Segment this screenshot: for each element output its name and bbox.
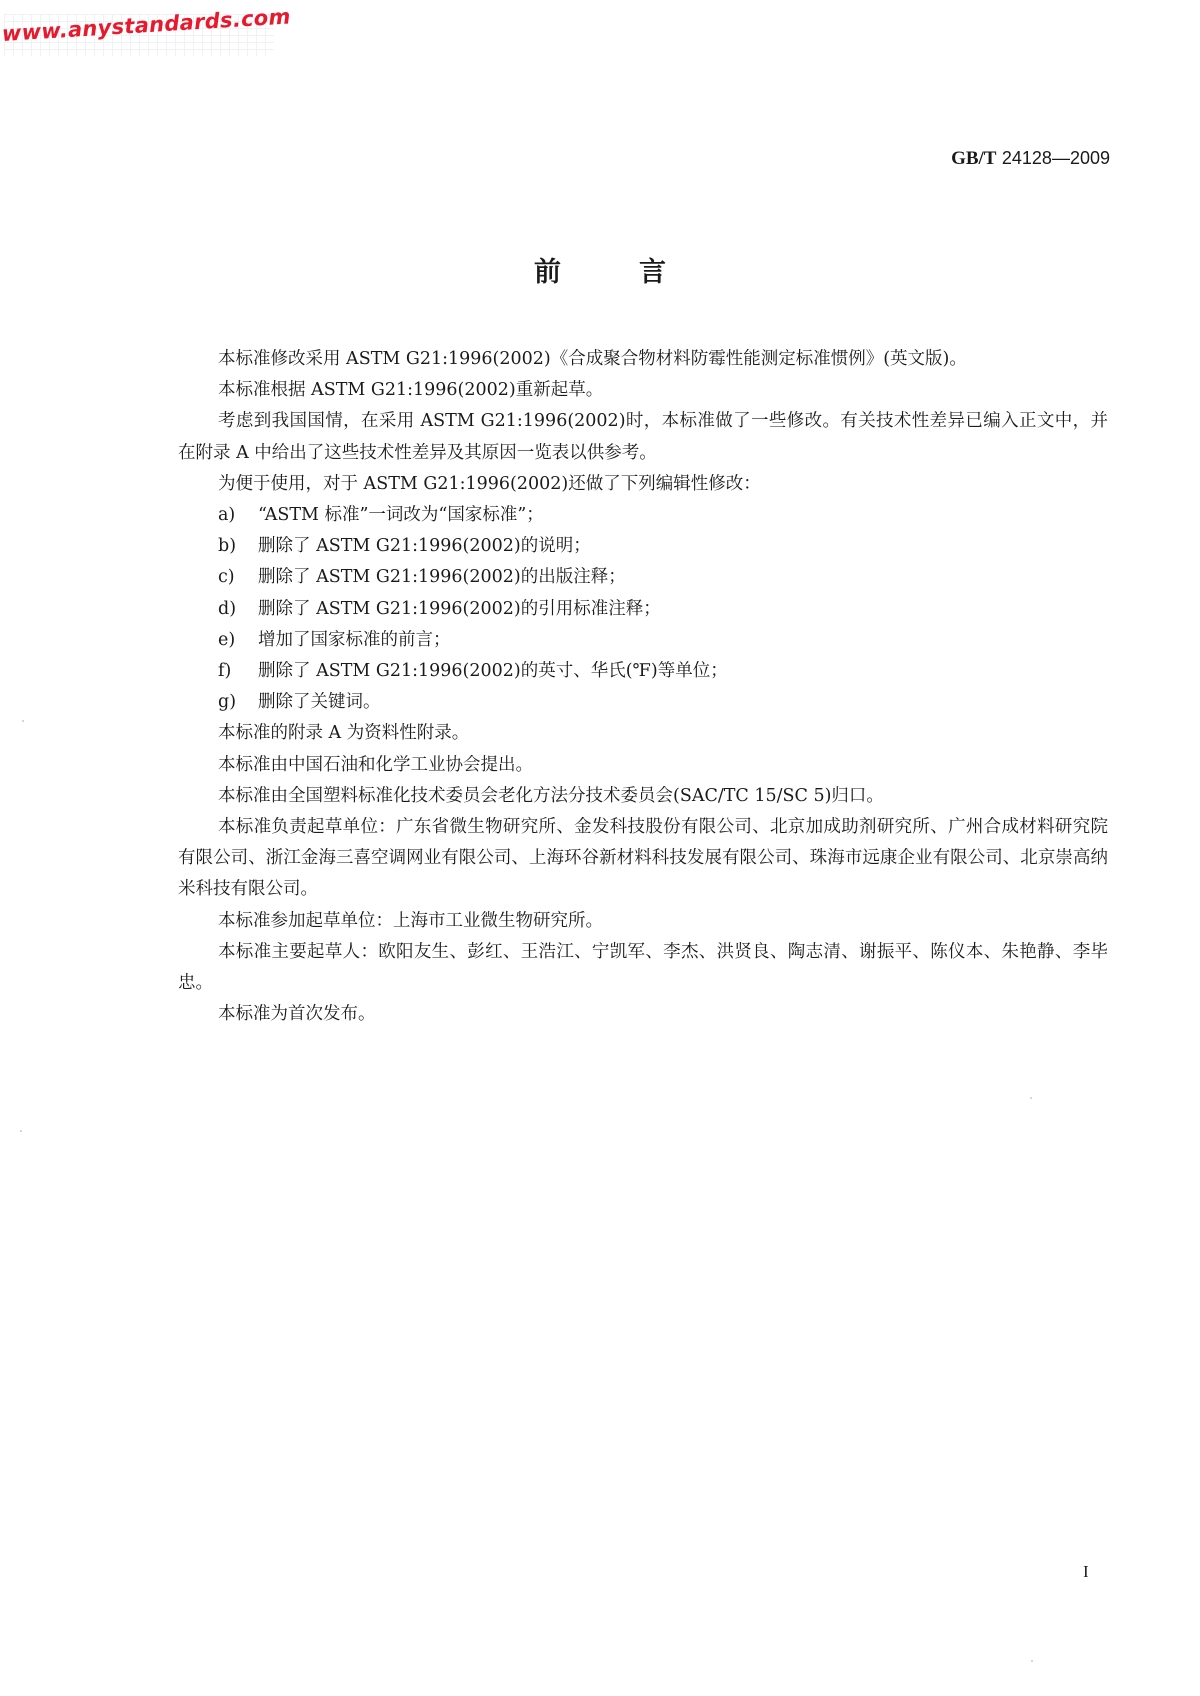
edit-item: a)“ASTM 标准”一词改为“国家标准”； bbox=[178, 500, 1108, 531]
title-char-1: 前 bbox=[534, 250, 561, 289]
paragraph-adoption: 本标准修改采用 ASTM G21:1996(2002)《合成聚合物材料防霉性能测… bbox=[178, 344, 1108, 375]
edit-item-label: g) bbox=[218, 687, 258, 718]
edit-item-text: 删除了关键词。 bbox=[258, 692, 381, 712]
paragraph-drafting-units: 本标准负责起草单位：广东省微生物研究所、金发科技股份有限公司、北京加成助剂研究所… bbox=[178, 812, 1108, 906]
paragraph-redrafted: 本标准根据 ASTM G21:1996(2002)重新起草。 bbox=[178, 375, 1108, 406]
paragraph-proposed-by: 本标准由中国石油和化学工业协会提出。 bbox=[178, 750, 1108, 781]
edit-item: g)删除了关键词。 bbox=[178, 687, 1108, 718]
edit-item: f)删除了 ASTM G21:1996(2002)的英寸、华氏(℉)等单位； bbox=[178, 656, 1108, 687]
edit-item: e)增加了国家标准的前言； bbox=[178, 625, 1108, 656]
scan-speck bbox=[22, 720, 24, 722]
edit-item-text: 删除了 ASTM G21:1996(2002)的说明； bbox=[258, 536, 591, 556]
paragraph-technical-differences: 考虑到我国国情，在采用 ASTM G21:1996(2002)时，本标准做了一些… bbox=[178, 406, 1108, 468]
foreword-body: 本标准修改采用 ASTM G21:1996(2002)《合成聚合物材料防霉性能测… bbox=[178, 344, 1108, 1030]
scan-speck bbox=[20, 1130, 22, 1132]
edit-item-label: a) bbox=[218, 500, 258, 531]
paragraph-first-release: 本标准为首次发布。 bbox=[178, 999, 1108, 1030]
edit-item-text: 删除了 ASTM G21:1996(2002)的引用标准注释； bbox=[258, 599, 661, 619]
edit-item-text: 删除了 ASTM G21:1996(2002)的出版注释； bbox=[258, 567, 626, 587]
scan-speck bbox=[1030, 1097, 1032, 1099]
paragraph-editorial-intro: 为便于使用，对于 ASTM G21:1996(2002)还做了下列编辑性修改： bbox=[178, 469, 1108, 500]
edit-item-text: 删除了 ASTM G21:1996(2002)的英寸、华氏(℉)等单位； bbox=[258, 661, 728, 681]
scan-speck bbox=[1031, 1660, 1033, 1662]
edit-item-label: c) bbox=[218, 562, 258, 593]
edit-item-text: 增加了国家标准的前言； bbox=[258, 630, 451, 650]
paragraph-centralized-by: 本标准由全国塑料标准化技术委员会老化方法分技术委员会(SAC/TC 15/SC … bbox=[178, 781, 1108, 812]
edit-item: d)删除了 ASTM G21:1996(2002)的引用标准注释； bbox=[178, 594, 1108, 625]
edit-item-label: f) bbox=[218, 656, 258, 687]
edit-item-label: d) bbox=[218, 594, 258, 625]
standard-id: 24128—2009 bbox=[1002, 148, 1110, 168]
standard-code: GB/T bbox=[951, 148, 996, 169]
page-number: I bbox=[1083, 1562, 1089, 1582]
paragraph-participating-units: 本标准参加起草单位：上海市工业微生物研究所。 bbox=[178, 906, 1108, 937]
edit-item: b)删除了 ASTM G21:1996(2002)的说明； bbox=[178, 531, 1108, 562]
title-char-2: 言 bbox=[639, 250, 666, 289]
edit-item-text: “ASTM 标准”一词改为“国家标准”； bbox=[258, 505, 544, 525]
paragraph-drafters: 本标准主要起草人：欧阳友生、彭红、王浩江、宁凯军、李杰、洪贤良、陶志清、谢振平、… bbox=[178, 937, 1108, 999]
edit-item-label: e) bbox=[218, 625, 258, 656]
paragraph-annex: 本标准的附录 A 为资料性附录。 bbox=[178, 718, 1108, 749]
standard-number: GB/T 24128—2009 bbox=[951, 148, 1110, 170]
edit-item: c)删除了 ASTM G21:1996(2002)的出版注释； bbox=[178, 562, 1108, 593]
page-title: 前言 bbox=[0, 250, 1200, 289]
edit-item-label: b) bbox=[218, 531, 258, 562]
